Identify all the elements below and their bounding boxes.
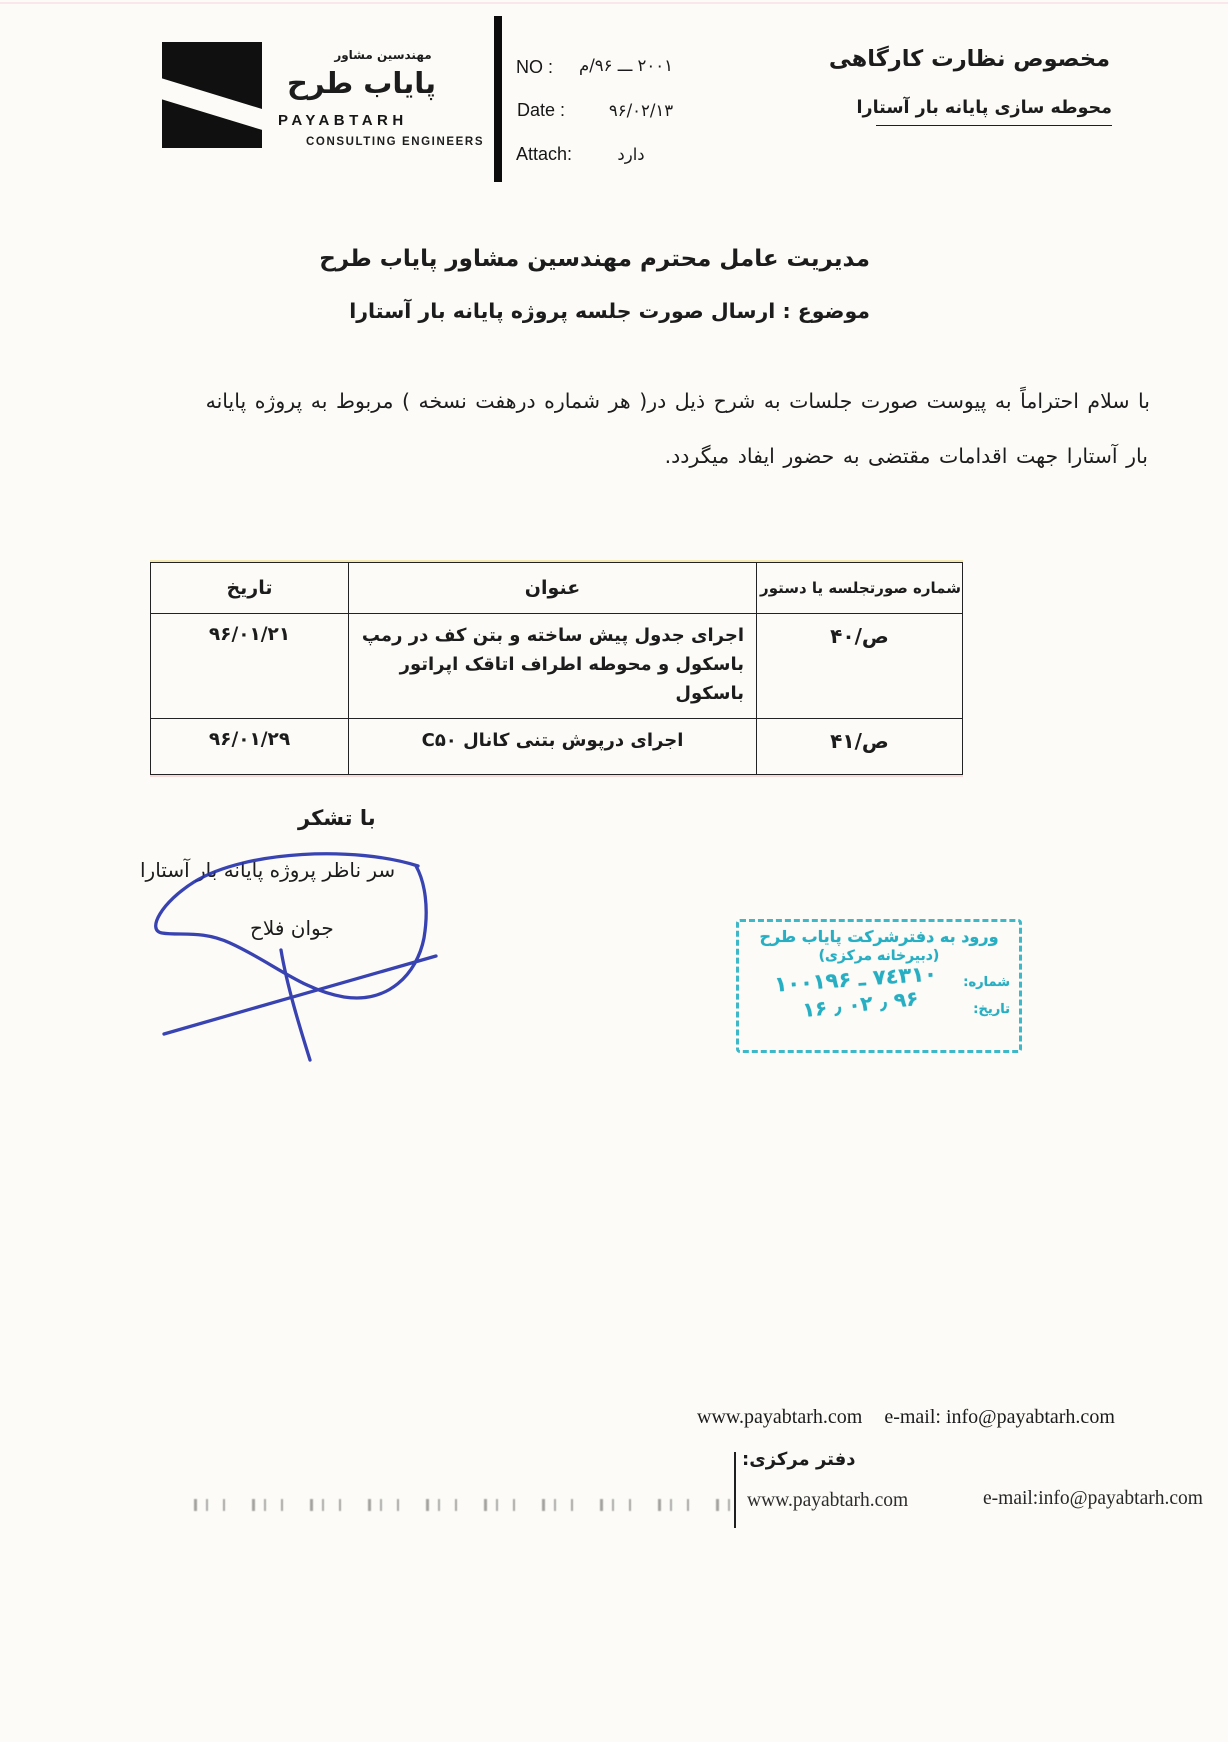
row2-number: ص/۴۱: [757, 719, 963, 775]
header-note-line1: مخصوص نظارت کارگاهی: [882, 46, 1110, 72]
stamp-subtitle: (دبیرخانه مرکزی): [748, 948, 1010, 964]
doc-attach-value: دارد: [596, 145, 666, 164]
stamp-title: ورود به دفترشرکت پایاب طرح: [748, 927, 1010, 946]
table-row: ص/۴۱ اجرای درپوش بتنی کانال C۵۰ ۹۶/۰۱/۲۹: [151, 719, 963, 775]
logo-diagonal-stripe: [162, 76, 262, 136]
footer-website-2: www.payabtarh.com: [747, 1490, 908, 1512]
footer-email-2: e-mail:info@payabtarh.com: [983, 1488, 1203, 1510]
logo-farsi-tagline: مهندسین مشاور: [332, 48, 434, 62]
closing-thanks: با تشکر: [298, 806, 376, 830]
letterhead-divider-bar: [494, 16, 502, 182]
doc-attach-label: Attach:: [516, 144, 572, 165]
scanned-letter-page: مهندسین مشاور پایاب طرح PAYABTARH CONSUL…: [0, 0, 1228, 1742]
handwritten-signature: [118, 838, 458, 1128]
row1-title: اجرای جدول پیش ساخته و بتن کف در رمپ باس…: [349, 614, 757, 719]
row2-title: اجرای درپوش بتنی کانال C۵۰: [349, 719, 757, 775]
body-paragraph-line1: با سلام احتراماً به پیوست صورت جلسات به …: [206, 389, 1150, 413]
illegible-address-fragment: [182, 1499, 730, 1511]
stamp-date-row: تاریخ: ۹۶ ٫ ۰۲ ٫ ۱۶: [748, 994, 1010, 1018]
minutes-table: شماره صورتجلسه یا دستور کار عنوان تاریخ …: [150, 562, 963, 775]
row1-number: ص/۴۰: [757, 614, 963, 719]
header-note-line2: محوطه سازی پایانه بار آستارا: [876, 98, 1112, 126]
subject-line: موضوع : ارسال صورت جلسه پروژه پایانه بار…: [349, 299, 870, 323]
footer-email: e-mail: info@payabtarh.com: [884, 1406, 1115, 1429]
doc-number-label: NO :: [516, 57, 553, 78]
company-logo: [162, 42, 262, 148]
doc-number-value: ۲۰۰۱ ـــ ۹۶/م: [556, 56, 696, 75]
row1-date: ۹۶/۰۱/۲۱: [151, 614, 349, 719]
col-header-title: عنوان: [349, 563, 757, 614]
col-header-date: تاریخ: [151, 563, 349, 614]
col-header-number: شماره صورتجلسه یا دستور کار: [757, 563, 963, 614]
footer-website: www.payabtarh.com: [697, 1406, 862, 1429]
body-paragraph-line2: بار آستارا جهت اقدامات مقتضی به حضور ایف…: [665, 444, 1148, 468]
footer-contact-line1: www.payabtarh.com e-mail: info@payabtarh…: [697, 1406, 1115, 1429]
doc-date-value: ۹۶/۰۲/۱۳: [586, 101, 696, 120]
head-office-label: دفتر مرکزی:: [742, 1449, 856, 1470]
scan-artifact-line: [0, 2, 1228, 4]
minutes-table-container: شماره صورتجلسه یا دستور کار عنوان تاریخ …: [150, 562, 963, 775]
doc-date-label: Date :: [517, 100, 565, 121]
stamp-date-label: تاریخ:: [973, 994, 1010, 1017]
entry-stamp: ورود به دفترشرکت پایاب طرح (دبیرخانه مرک…: [736, 919, 1022, 1053]
table-header-row: شماره صورتجلسه یا دستور کار عنوان تاریخ: [151, 563, 963, 614]
footer-divider-rule: [734, 1452, 736, 1528]
logo-english-subtitle: CONSULTING ENGINEERS: [306, 136, 484, 148]
logo-english-name: PAYABTARH: [278, 112, 408, 129]
logo-farsi-title: پایاب طرح: [326, 66, 436, 100]
recipient-line: مدیریت عامل محترم مهندسین مشاور پایاب طر…: [319, 246, 870, 272]
row2-date: ۹۶/۰۱/۲۹: [151, 719, 349, 775]
table-row: ص/۴۰ اجرای جدول پیش ساخته و بتن کف در رم…: [151, 614, 963, 719]
